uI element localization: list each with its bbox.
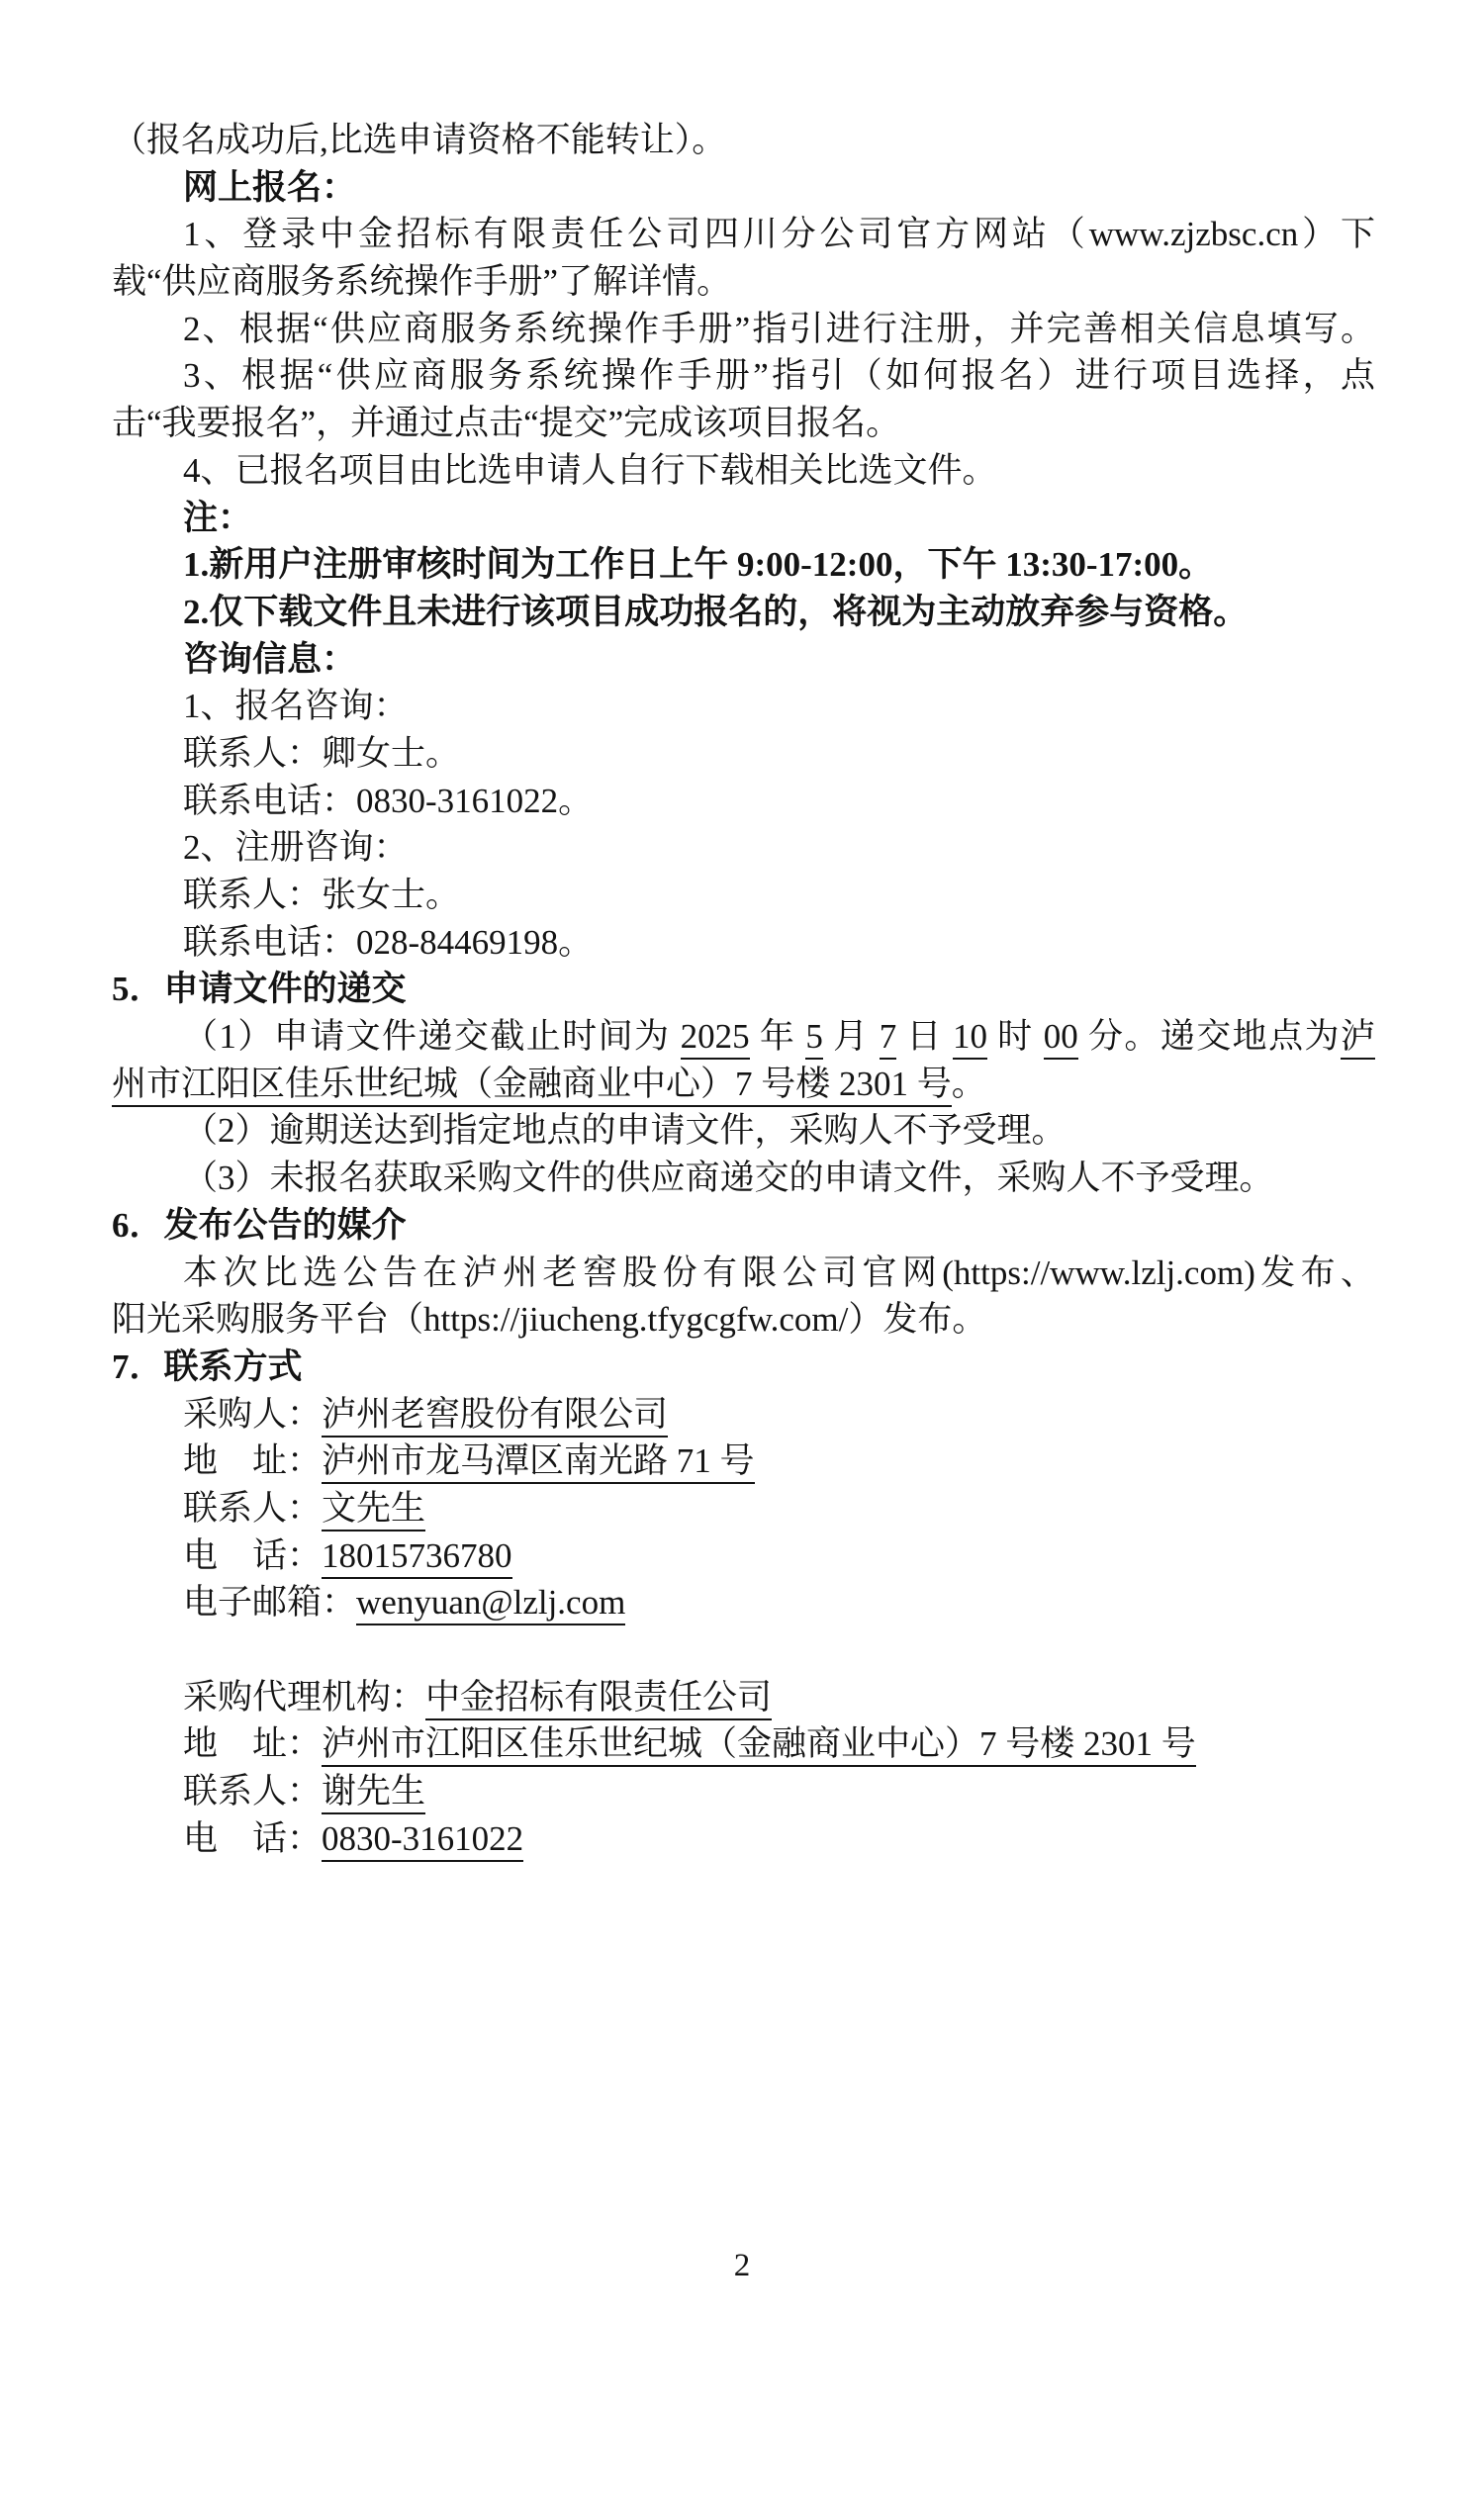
text-segment: 联系人：张女士。: [183, 876, 460, 914]
submission-deadline-line-2: 州市江阳区佳乐世纪城（金融商业中心）7 号楼 2301 号。: [112, 1061, 1375, 1108]
purchaser-name: 采购人：泸州老窖股份有限公司: [112, 1391, 1375, 1439]
text-segment: （3）未报名获取采购文件的供应商递交的申请文件，采购人不予受理。: [183, 1159, 1274, 1197]
text-segment: 地 址：: [183, 1724, 322, 1763]
text-segment: 阳光采购服务平台（https://jiucheng.tfygcgfw.com/）…: [112, 1300, 986, 1339]
submission-rule-3: （3）未报名获取采购文件的供应商递交的申请文件，采购人不予受理。: [112, 1155, 1375, 1202]
purchaser-phone: 电 话：18015736780: [112, 1532, 1375, 1580]
text-segment: 2.仅下载文件且未进行该项目成功报名的，将视为主动放弃参与资格。: [183, 593, 1248, 631]
text-segment: 电 话：: [183, 1819, 322, 1858]
online-reg-step-1-line-1: 1、登录中金招标有限责任公司四川分公司官方网站（www.zjzbsc.cn）下: [112, 211, 1375, 258]
agency-contact: 联系人：谢先生: [112, 1768, 1375, 1815]
document-body: （报名成功后,比选申请资格不能转让）。网上报名：1、登录中金招标有限责任公司四川…: [112, 117, 1375, 1862]
text-segment: 7．联系方式: [112, 1347, 303, 1386]
text-segment: 年: [750, 1017, 806, 1056]
online-reg-step-1-line-2: 载“供应商服务系统操作手册”了解详情。: [112, 258, 1375, 306]
text-segment: 。: [952, 1065, 986, 1103]
submission-deadline-line-1: （1）申请文件递交截止时间为 2025 年 5 月 7 日 10 时 00 分。…: [112, 1013, 1375, 1061]
underlined-text: 5: [805, 1017, 823, 1060]
section-7-heading: 7．联系方式: [112, 1344, 1375, 1391]
text-segment: 1.新用户注册审核时间为工作日上午 9:00-12:00，下午 13:30-17…: [183, 545, 1213, 584]
online-reg-step-4: 4、已报名项目由比选申请人自行下载相关比选文件。: [112, 447, 1375, 495]
underlined-text: 泸州市龙马潭区南光路 71 号: [322, 1441, 755, 1484]
text-segment: （报名成功后,比选申请资格不能转让）。: [112, 121, 726, 159]
text-segment: 6．发布公告的媒介: [112, 1206, 407, 1245]
announcement-media-line-1: 本次比选公告在泸州老窖股份有限公司官网(https://www.lzlj.com…: [112, 1250, 1375, 1297]
heading-online-registration: 网上报名：: [112, 164, 1375, 212]
underlined-text: 18015736780: [322, 1536, 512, 1579]
text-segment: 1、报名咨询：: [183, 687, 409, 725]
text-segment: 联系人：: [183, 1772, 322, 1810]
consultation-2-contact: 联系人：张女士。: [112, 872, 1375, 919]
text-segment: 日: [896, 1017, 953, 1056]
consultation-2-phone: 联系电话：028-84469198。: [112, 919, 1375, 967]
purchaser-email: 电子邮箱：wenyuan@lzlj.com: [112, 1579, 1375, 1626]
text-segment: 时: [987, 1017, 1044, 1056]
text-segment: 地 址：: [183, 1441, 322, 1480]
online-reg-step-3-line-1: 3、根据“供应商服务系统操作手册”指引（如何报名）进行项目选择，点: [112, 352, 1375, 400]
consultation-2-title: 2、注册咨询：: [112, 824, 1375, 872]
document-page: （报名成功后,比选申请资格不能转让）。网上报名：1、登录中金招标有限责任公司四川…: [0, 0, 1484, 2506]
text-segment: （2）逾期送达到指定地点的申请文件，采购人不予受理。: [183, 1111, 1067, 1150]
text-segment: 击“我要报名”，并通过点击“提交”完成该项目报名。: [112, 404, 900, 442]
online-reg-step-3-line-2: 击“我要报名”，并通过点击“提交”完成该项目报名。: [112, 400, 1375, 447]
note-1: 1.新用户注册审核时间为工作日上午 9:00-12:00，下午 13:30-17…: [112, 541, 1375, 589]
text-segment: （1）申请文件递交截止时间为: [183, 1017, 681, 1056]
text-segment: 电 话：: [183, 1536, 322, 1575]
text-segment: 4、已报名项目由比选申请人自行下载相关比选文件。: [183, 451, 997, 490]
section-5-heading: 5．申请文件的递交: [112, 966, 1375, 1013]
underlined-text: 00: [1044, 1017, 1078, 1060]
underlined-text: 泸州市江阳区佳乐世纪城（金融商业中心）7 号楼 2301 号: [322, 1724, 1196, 1767]
underlined-text: 0830-3161022: [322, 1819, 523, 1862]
purchaser-address: 地 址：泸州市龙马潭区南光路 71 号: [112, 1438, 1375, 1485]
text-segment: 联系电话：0830-3161022。: [183, 782, 593, 820]
consultation-1-contact: 联系人：卿女士。: [112, 730, 1375, 778]
text-segment: 分。递交地点为: [1078, 1017, 1341, 1056]
underlined-text: 泸州老窖股份有限公司: [322, 1395, 668, 1438]
agency-phone: 电 话：0830-3161022: [112, 1815, 1375, 1863]
underlined-text: wenyuan@lzlj.com: [356, 1583, 625, 1625]
underlined-text: 2025: [681, 1017, 750, 1060]
agency-address: 地 址：泸州市江阳区佳乐世纪城（金融商业中心）7 号楼 2301 号: [112, 1720, 1375, 1768]
submission-rule-2: （2）逾期送达到指定地点的申请文件，采购人不予受理。: [112, 1107, 1375, 1155]
underlined-text: 文先生: [322, 1489, 425, 1531]
consultation-1-phone: 联系电话：0830-3161022。: [112, 778, 1375, 825]
page-number: 2: [0, 2246, 1484, 2285]
blank-line: [112, 1626, 1375, 1674]
text-segment: 本次比选公告在泸州老窖股份有限公司官网(https://www.lzlj.com…: [183, 1253, 1375, 1292]
text-segment: 联系人：: [183, 1489, 322, 1528]
heading-note: 注：: [112, 495, 1375, 542]
text-segment: 采购人：: [183, 1395, 322, 1434]
text-segment: 1、登录中金招标有限责任公司四川分公司官方网站（www.zjzbsc.cn）下: [183, 215, 1375, 253]
text-segment: 月: [823, 1017, 880, 1056]
underlined-text: 谢先生: [322, 1772, 425, 1814]
section-6-heading: 6．发布公告的媒介: [112, 1202, 1375, 1250]
consultation-1-title: 1、报名咨询：: [112, 683, 1375, 730]
underlined-text: 10: [953, 1017, 987, 1060]
purchaser-contact: 联系人：文先生: [112, 1485, 1375, 1532]
text-segment: 2、根据“供应商服务系统操作手册”指引进行注册，并完善相关信息填写。: [183, 310, 1375, 348]
underlined-text: 州市江阳区佳乐世纪城（金融商业中心）7 号楼 2301 号: [112, 1065, 952, 1107]
heading-consultation-info: 咨询信息：: [112, 636, 1375, 684]
announcement-media-line-2: 阳光采购服务平台（https://jiucheng.tfygcgfw.com/）…: [112, 1296, 1375, 1344]
text-segment: 电子邮箱：: [183, 1583, 356, 1622]
text-segment: 注：: [183, 499, 252, 537]
note-2: 2.仅下载文件且未进行该项目成功报名的，将视为主动放弃参与资格。: [112, 589, 1375, 636]
text-segment: 载“供应商服务系统操作手册”了解详情。: [112, 262, 731, 301]
underlined-text: 泸: [1341, 1017, 1375, 1060]
text-segment: 咨询信息：: [183, 640, 356, 679]
text-segment: 2、注册咨询：: [183, 828, 409, 867]
text-segment: 联系人：卿女士。: [183, 734, 460, 773]
underlined-text: 中金招标有限责任公司: [425, 1678, 772, 1720]
note-transfer-restriction: （报名成功后,比选申请资格不能转让）。: [112, 117, 1375, 164]
text-segment: 采购代理机构：: [183, 1678, 425, 1717]
text-segment: 3、根据“供应商服务系统操作手册”指引（如何报名）进行项目选择，点: [183, 356, 1375, 395]
text-segment: 联系电话：028-84469198。: [183, 923, 593, 962]
text-segment: 5．申请文件的递交: [112, 970, 407, 1008]
online-reg-step-2: 2、根据“供应商服务系统操作手册”指引进行注册，并完善相关信息填写。: [112, 306, 1375, 353]
agency-name: 采购代理机构：中金招标有限责任公司: [112, 1674, 1375, 1721]
underlined-text: 7: [880, 1017, 897, 1060]
text-segment: 网上报名：: [183, 168, 356, 207]
